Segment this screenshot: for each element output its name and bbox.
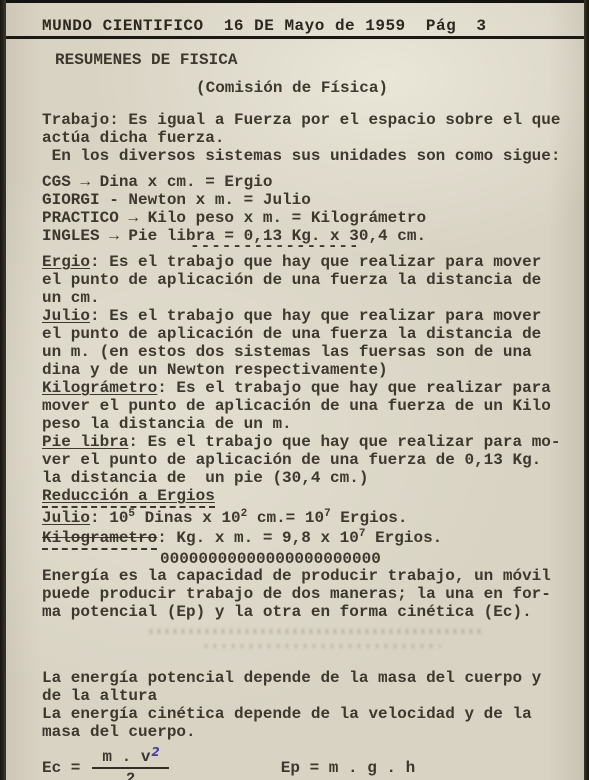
formula-kinetic-energy: Ec = m . v2 2 — [42, 749, 169, 780]
text-segment: el punto de aplicación de una fuerza la … — [42, 325, 541, 343]
text-line: la distancia de un pie (30,4 cm.) — [42, 469, 579, 487]
text-line: dina y de un Newton respectivamente) — [42, 361, 579, 379]
scan-edge-right — [584, 0, 589, 780]
text-segment: 00000000000000000000000 — [160, 550, 381, 568]
text-segment: 2 — [241, 508, 248, 520]
text-line: Pie libra: Es el trabajo que hay que rea… — [42, 433, 579, 451]
text-segment: PRACTICO → Kilo peso x m. = Kilográmetro — [42, 209, 426, 227]
text-segment: Pie libra — [42, 433, 128, 451]
text-segment: Dinas x 10 — [135, 509, 241, 527]
text-segment: ver el punto de aplicación de una fuerza… — [42, 451, 541, 469]
text-segment: ma potencial (Ep) y la otra en forma cin… — [42, 603, 532, 621]
text-line: CGS → Dina x cm. = Ergio — [42, 173, 579, 191]
text-segment: : 10 — [90, 509, 128, 527]
text-segment: La energía potencial depende de la masa … — [42, 669, 541, 687]
text-segment: CGS → Dina x cm. = Ergio — [42, 173, 272, 191]
text-segment: Julio — [42, 307, 90, 325]
text-segment: actúa dicha fuerza. — [42, 129, 224, 147]
formula-ec-lhs: Ec = — [42, 759, 80, 777]
text-line: En los diversos sistemas sus unidades so… — [42, 147, 579, 165]
formula-ec-numerator: m . v — [102, 748, 150, 766]
section-subtitle: (Comisión de Física) — [42, 79, 579, 97]
formula-ec-fraction: m . v2 2 — [92, 749, 168, 780]
text-line: de la altura — [42, 687, 579, 705]
text-line: actúa dicha fuerza. — [42, 129, 579, 147]
text-segment: Julio — [42, 509, 90, 527]
text-segment: puede producir trabajo de dos maneras; l… — [42, 585, 551, 603]
document-body: Trabajo: Es igual a Fuerza por el espaci… — [42, 111, 579, 741]
text-segment: 7 — [359, 528, 366, 540]
formulas-row: Ec = m . v2 2 Ep = m . g . h — [42, 749, 579, 780]
text-line: Julio: 105 Dinas x 102 cm.= 107 Ergios. — [42, 509, 579, 529]
text-segment: : Es el trabajo que hay que realizar par… — [157, 379, 551, 397]
text-segment: un m. (en estos dos sistemas las fuersas… — [42, 343, 532, 361]
scan-edge-left — [0, 0, 6, 780]
text-segment: mover el punto de aplicación de una fuer… — [42, 397, 551, 415]
text-segment: Ergios. — [365, 529, 442, 547]
unit-systems-list: CGS → Dina x cm. = ErgioGIORGI - Newton … — [42, 173, 579, 245]
text-segment: Kilográmetro — [42, 379, 157, 397]
text-segment: Ergio — [42, 253, 90, 271]
text-segment: : Es el trabajo que hay que realizar par… — [128, 433, 560, 451]
text-segment: En los diversos sistemas sus unidades so… — [42, 147, 560, 165]
scanned-document-page: MUNDO CIENTIFICO 16 DE Mayo de 1959 Pág … — [0, 0, 589, 780]
zeros-divider: 00000000000000000000000 — [42, 551, 579, 567]
text-line: mover el punto de aplicación de una fuer… — [42, 397, 579, 415]
text-segment: 7 — [324, 508, 331, 520]
text-line: Ergio: Es el trabajo que hay que realiza… — [42, 253, 579, 271]
text-segment: el punto de aplicación de una fuerza la … — [42, 271, 541, 289]
text-line: ver el punto de aplicación de una fuerza… — [42, 451, 579, 469]
text-line: Trabajo: Es igual a Fuerza por el espaci… — [42, 111, 579, 129]
reduction-to-ergs: Julio: 105 Dinas x 102 cm.= 107 Ergios.K… — [42, 509, 579, 549]
text-segment: Kilogrametro — [42, 529, 157, 550]
text-segment: Trabajo: Es igual a Fuerza por el espaci… — [42, 111, 560, 129]
text-segment: : Kg. x m. = 9,8 x 10 — [157, 529, 359, 547]
text-line: el punto de aplicación de una fuerza la … — [42, 325, 579, 343]
text-segment: La energía cinética depende de la veloci… — [42, 705, 532, 723]
text-segment: Ergios. — [331, 509, 408, 527]
scan-edge-top — [0, 0, 589, 3]
text-line: La energía potencial depende de la masa … — [42, 669, 579, 687]
text-line: ma potencial (Ep) y la otra en forma cin… — [42, 603, 579, 621]
text-segment: de la altura — [42, 687, 157, 705]
text-segment: peso la distancia de un m. — [42, 415, 292, 433]
text-line: peso la distancia de un m. — [42, 415, 579, 433]
text-segment: : Es el trabajo que hay que realizar par… — [90, 307, 541, 325]
text-line: Kilogrametro: Kg. x m. = 9,8 x 107 Ergio… — [42, 529, 579, 549]
text-segment: la distancia de un pie (30,4 cm.) — [42, 469, 368, 487]
text-line: Reducción a Ergios — [42, 487, 579, 505]
energy-paragraph: Energía es la capacidad de producir trab… — [42, 567, 579, 621]
text-line: Julio: Es el trabajo que hay que realiza… — [42, 307, 579, 325]
text-segment: cm.= 10 — [247, 509, 324, 527]
text-line: un m. (en estos dos sistemas las fuersas… — [42, 343, 579, 361]
text-segment: dina y de un Newton respectivamente) — [42, 361, 388, 379]
formula-potential-energy: Ep = m . g . h — [281, 759, 415, 777]
text-segment: : Es el trabajo que hay que realizar par… — [90, 253, 541, 271]
text-line: La energía cinética depende de la veloci… — [42, 705, 579, 723]
intro-paragraph: Trabajo: Es igual a Fuerza por el espaci… — [42, 111, 579, 165]
text-line: 00000000000000000000000 — [42, 551, 579, 567]
handwritten-exponent: 2 — [151, 745, 159, 759]
text-line: PRACTICO → Kilo peso x m. = Kilográmetro — [42, 209, 579, 227]
energy-types-paragraph: La energía potencial depende de la masa … — [42, 669, 579, 741]
definitions-paragraph: Ergio: Es el trabajo que hay que realiza… — [42, 253, 579, 505]
text-line: un cm. — [42, 289, 579, 307]
text-line: Kilográmetro: Es el trabajo que hay que … — [42, 379, 579, 397]
text-segment: Energía es la capacidad de producir trab… — [42, 567, 551, 585]
text-line: puede producir trabajo de dos maneras; l… — [42, 585, 579, 603]
header-rule — [0, 36, 589, 39]
text-segment: GIORGI - Newton x m. = Julio — [42, 191, 311, 209]
masthead-title: MUNDO CIENTIFICO 16 DE Mayo de 1959 Pág … — [42, 17, 579, 35]
text-segment: Reducción a Ergios — [42, 487, 215, 508]
text-segment: un cm. — [42, 289, 100, 307]
text-segment: 5 — [128, 508, 135, 520]
formula-ec-denominator: 2 — [126, 769, 136, 780]
text-line: el punto de aplicación de una fuerza la … — [42, 271, 579, 289]
text-line: Energía es la capacidad de producir trab… — [42, 567, 579, 585]
document-content: MUNDO CIENTIFICO 16 DE Mayo de 1959 Pág … — [0, 0, 589, 780]
text-line: GIORGI - Newton x m. = Julio — [42, 191, 579, 209]
text-line: masa del cuerpo. — [42, 723, 579, 741]
section-title: RESUMENES DE FISICA — [42, 51, 579, 69]
text-segment: masa del cuerpo. — [42, 723, 196, 741]
